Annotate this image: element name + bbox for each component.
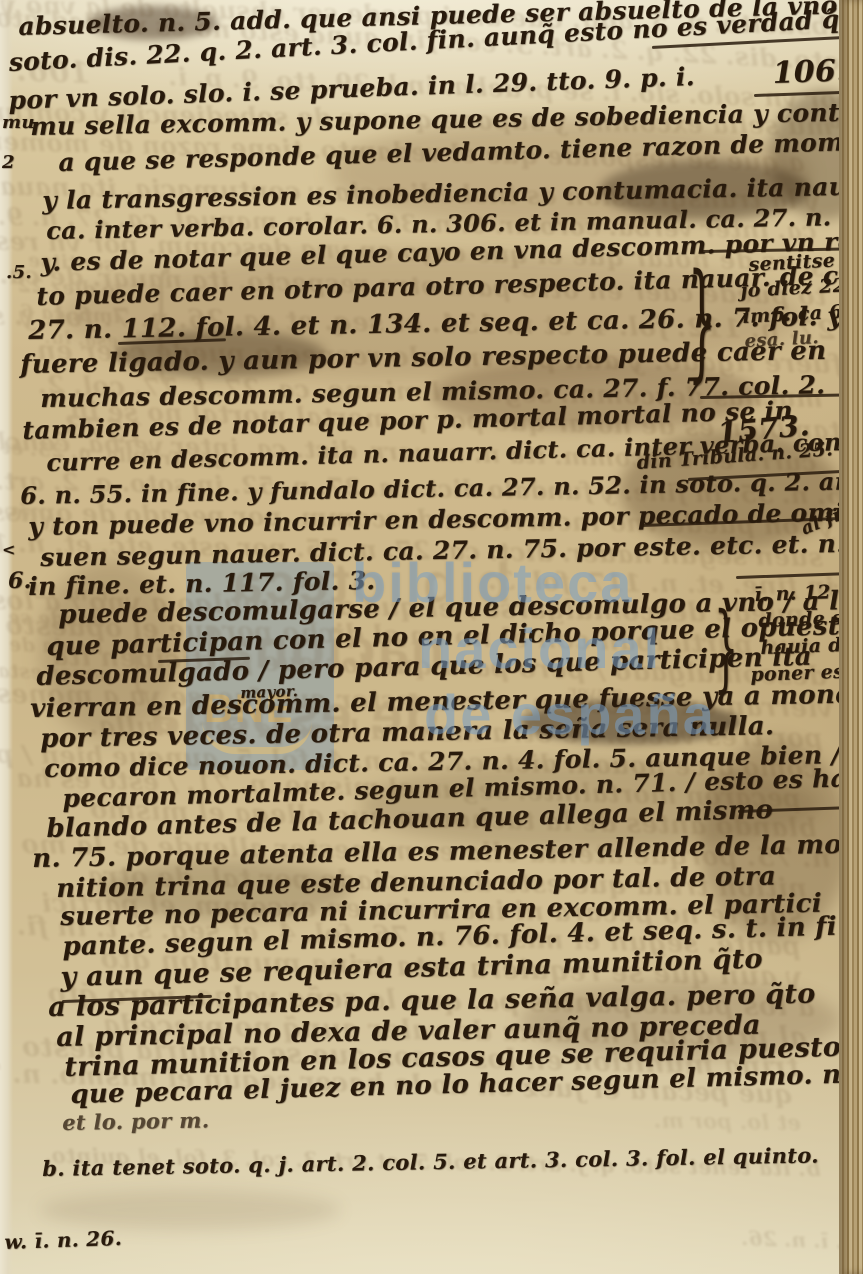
margin-bracket: }	[714, 592, 738, 702]
manuscript-text-layer: absuelto. n. 5. add. que ansi puede ser …	[0, 0, 863, 1274]
margin-note-left: .5.	[6, 262, 32, 283]
margin-note-left: mu	[2, 112, 35, 133]
body-line: et lo. por m.	[62, 1107, 210, 1135]
footnote-line: b. ita tenet soto. q. j. art. 2. col. 5.…	[42, 1142, 819, 1181]
book-binding-edge	[839, 0, 863, 1274]
catchword: w. ī. n. 26.	[4, 1226, 122, 1254]
margin-note-left: 6.	[8, 568, 32, 594]
manuscript-page: BNE absuelto. n. 5. add. que ansi puede …	[0, 0, 863, 1274]
margin-bracket: }	[688, 248, 716, 396]
margin-note-right: jo diez 22	[740, 274, 847, 301]
watermark-text: de españa	[424, 682, 716, 747]
margin-note-right: esa. lu.	[744, 327, 819, 352]
margin-note-left: 2	[2, 152, 15, 173]
watermark-text: nacional	[418, 616, 661, 681]
folio-number: 106.	[772, 53, 847, 91]
margin-note-right: ī. n. 12.	[754, 581, 838, 606]
margin-note-right: sentitse	[748, 249, 836, 276]
margin-note-left: <	[2, 540, 16, 559]
watermark-text: biblioteca	[352, 550, 633, 615]
